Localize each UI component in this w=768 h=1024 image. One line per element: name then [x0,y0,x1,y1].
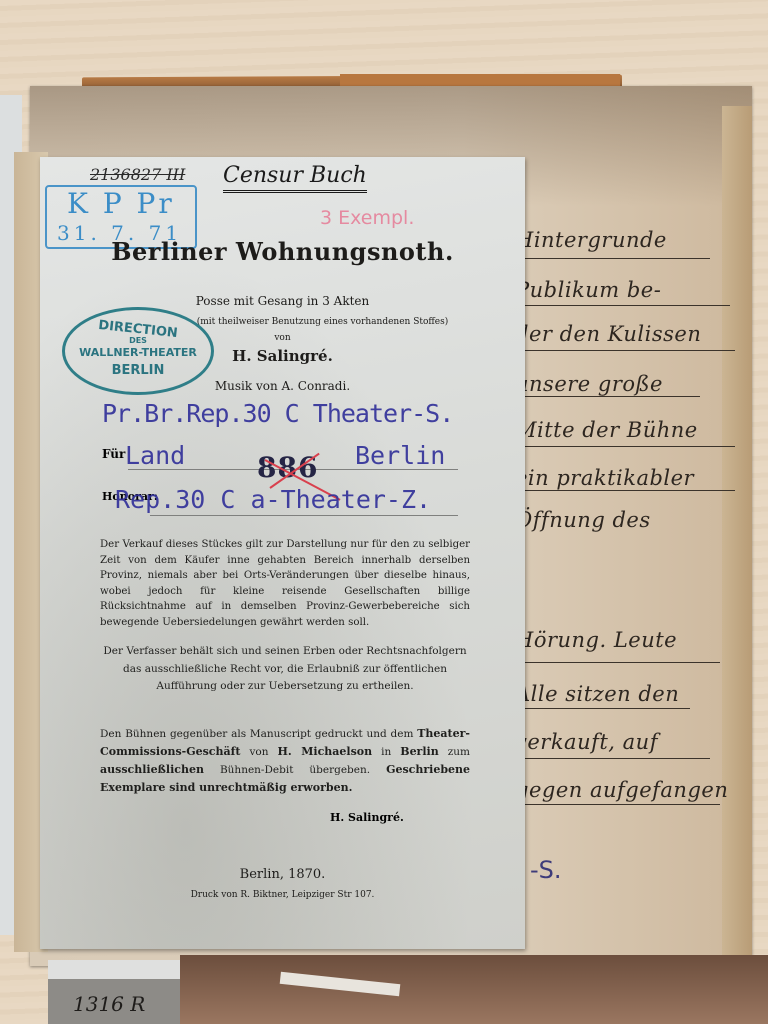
manuscript-line: Öffnung des [515,508,651,538]
page-edge [722,106,752,956]
binder-edge-2 [340,74,620,86]
fuer-label: Für [102,447,125,461]
manuscript-line: Hörung. Leute [515,628,677,658]
manuscript-line: unsere große [515,372,663,402]
manuscript-line: verkauft, auf [515,730,658,760]
manuscript-rule [520,490,735,491]
sale-conditions-paragraph: Der Verkauf dieses Stückes gilt zur Dars… [100,537,470,630]
distribution-paragraph: Den Bühnen gegenüber als Manuscript gedr… [100,725,470,797]
printed-title-page: 2136827 III Censur Buch 3 Exempl. K P Pr… [40,157,525,949]
archive-stamp-fragment: -S. [530,856,562,884]
text: zum [448,746,470,758]
play-title: Berliner Wohnungsnoth. [40,237,525,266]
field-line [150,515,458,516]
manuscript-line: Publikum be- [515,278,661,308]
manuscript-rule [520,350,735,351]
text: Bühnen-Debit übergeben. [220,764,370,776]
manuscript-rule [520,758,710,759]
text: von [249,746,268,758]
archive-stamp-line3: Rep.30 C a-Theater-Z. [115,485,431,514]
agent-name: H. Michaelson [278,745,373,758]
manuscript-line: ein praktikabler [515,466,694,496]
manuscript-line: Mitte der Bühne [515,418,698,448]
text: Den Bühnen gegenüber als Manuscript gedr… [100,728,413,740]
manuscript-rule [520,804,720,805]
stamp-line: DES [65,336,211,345]
censor-note: Censur Buch [223,163,367,193]
manuscript-line: Hintergrunde [515,228,667,258]
archive-stamp-berlin: Berlin [355,441,445,470]
author-signature: H. Salingré. [330,811,404,824]
printer-imprint: Druck von R. Biktner, Leipziger Str 107. [40,890,525,900]
catalog-number: 886 [257,451,318,484]
binder-bottom [180,955,768,1024]
archive-number: 2136827 III [90,165,185,184]
manuscript-rule [520,708,690,709]
copies-note: 3 Exempl. [320,207,414,229]
archive-stamp-land: Land [125,441,185,470]
wallner-theater-stamp: DIRECTION DES WALLNER-THEATER BERLIN [62,307,214,395]
manuscript-rule [520,396,700,397]
place-year: Berlin, 1870. [40,867,525,882]
play-subtitle: Posse mit Gesang in 3 Akten [40,294,525,308]
bottom-label-card: 1316 R [48,960,180,1024]
manuscript-rule [520,258,710,259]
rights-paragraph: Der Verfasser behält sich und seinen Erb… [100,643,470,696]
manuscript-rule [520,446,735,447]
kppr-stamp-line1: K P Pr [67,187,175,220]
archive-stamp-line1: Pr.Br.Rep.30 C Theater-S. [102,399,453,428]
manuscript-rule [520,662,720,663]
stamp-line: WALLNER-THEATER [65,346,211,359]
manuscript-rule [520,305,730,306]
text-bold: ausschließlichen [100,763,204,776]
card-note: 1316 R [73,992,145,1016]
city: Berlin [400,745,438,758]
text: in [381,746,391,758]
stamp-line: BERLIN [65,363,211,378]
